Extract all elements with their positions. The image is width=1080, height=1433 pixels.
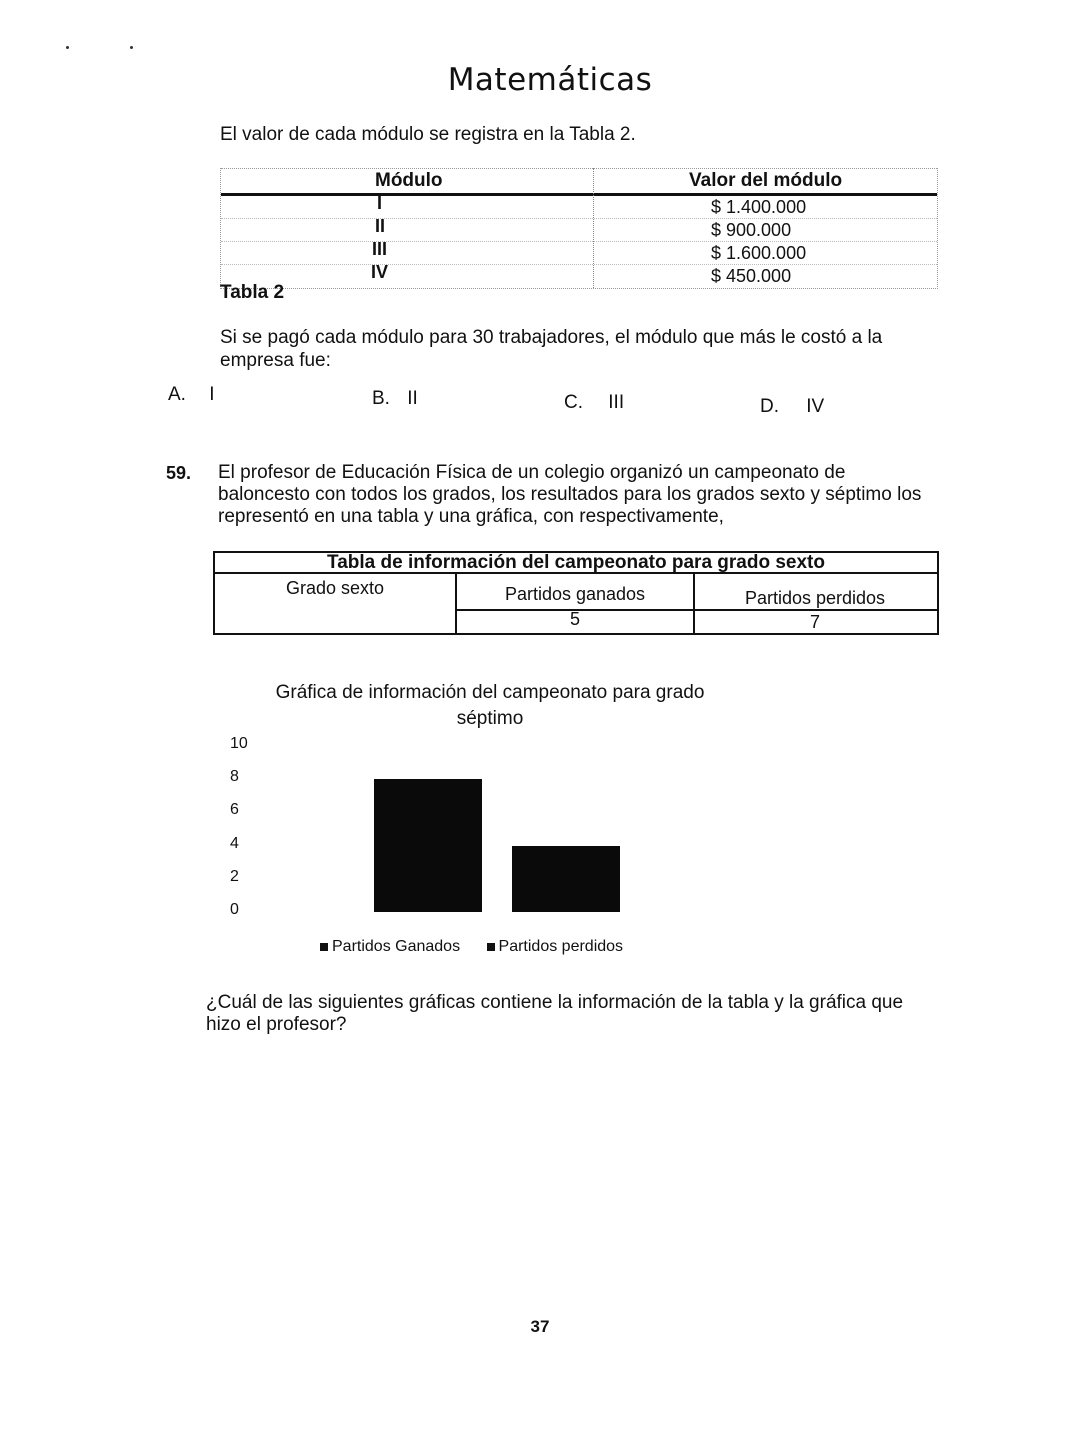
table-title: Tabla de información del campeonato para… bbox=[215, 553, 937, 574]
option-b[interactable]: B. II bbox=[372, 388, 418, 410]
valor-cell: $ 450.000 bbox=[711, 266, 791, 287]
y-tick-label: 4 bbox=[230, 835, 260, 853]
modulo-cell: III bbox=[372, 239, 387, 260]
bar-partidos-perdidos bbox=[512, 846, 620, 912]
table-row: IV $ 450.000 bbox=[221, 264, 937, 287]
question-59-prompt: ¿Cuál de las siguientes gráficas contien… bbox=[206, 992, 930, 1036]
legend-label: Partidos Ganados bbox=[332, 938, 460, 955]
modulo-cell: I bbox=[377, 193, 382, 214]
scan-speck bbox=[66, 46, 69, 49]
option-text: II bbox=[407, 388, 418, 409]
scan-speck bbox=[130, 46, 133, 49]
y-tick-label: 6 bbox=[230, 801, 260, 819]
table-caption: Tabla 2 bbox=[220, 282, 284, 304]
header-perdidos: Partidos perdidos bbox=[695, 588, 935, 609]
chart-legend: Partidos Ganados Partidos perdidos bbox=[320, 938, 645, 956]
tabla-grado-sexto: Tabla de información del campeonato para… bbox=[213, 551, 939, 635]
question-59-statement: El profesor de Educación Física de un co… bbox=[218, 462, 940, 528]
header-modulo: Módulo bbox=[375, 170, 443, 192]
option-letter: B. bbox=[372, 388, 390, 409]
legend-swatch-icon bbox=[320, 943, 328, 951]
table-row: II $ 900.000 bbox=[221, 218, 937, 242]
valor-cell: $ 1.600.000 bbox=[711, 243, 806, 264]
subject-title: Matemáticas bbox=[0, 62, 1080, 98]
header-ganados: Partidos ganados bbox=[457, 584, 693, 605]
valor-cell: $ 900.000 bbox=[711, 220, 791, 241]
option-a[interactable]: A. I bbox=[168, 384, 215, 406]
option-c[interactable]: C. III bbox=[564, 392, 624, 414]
option-text: I bbox=[209, 384, 214, 405]
table-row: III $ 1.600.000 bbox=[221, 241, 937, 265]
legend-swatch-icon bbox=[487, 943, 495, 951]
table-row: I $ 1.400.000 bbox=[221, 195, 937, 219]
tabla-2: Módulo Valor del módulo I $ 1.400.000 II… bbox=[220, 168, 938, 289]
option-letter: C. bbox=[564, 392, 583, 413]
row-label: Grado sexto bbox=[215, 578, 455, 599]
table-intro: El valor de cada módulo se registra en l… bbox=[220, 124, 636, 146]
value-perdidos: 7 bbox=[695, 612, 935, 633]
option-text: IV bbox=[806, 396, 824, 417]
tabla-2-header: Módulo Valor del módulo bbox=[221, 168, 937, 196]
y-tick-label: 8 bbox=[230, 768, 260, 786]
legend-label: Partidos perdidos bbox=[499, 938, 624, 955]
legend-item: Partidos perdidos bbox=[487, 938, 624, 956]
y-tick-label: 10 bbox=[230, 735, 260, 753]
modulo-cell: IV bbox=[371, 262, 388, 283]
header-valor: Valor del módulo bbox=[689, 170, 842, 192]
legend-item: Partidos Ganados bbox=[320, 938, 460, 956]
option-text: III bbox=[608, 392, 624, 413]
y-tick-label: 0 bbox=[230, 901, 260, 919]
option-letter: A. bbox=[168, 384, 186, 405]
option-d[interactable]: D. IV bbox=[760, 396, 824, 418]
question-58: Si se pagó cada módulo para 30 trabajado… bbox=[220, 326, 940, 372]
bar-chart: 0246810 bbox=[220, 730, 680, 930]
option-letter: D. bbox=[760, 396, 779, 417]
y-tick-label: 2 bbox=[230, 868, 260, 886]
question-number: 59. bbox=[166, 463, 191, 484]
valor-cell: $ 1.400.000 bbox=[711, 197, 806, 218]
page-number: 37 bbox=[0, 1317, 1080, 1337]
bar-partidos-ganados bbox=[374, 779, 482, 912]
chart-title: Gráfica de información del campeonato pa… bbox=[270, 680, 710, 732]
modulo-cell: II bbox=[375, 216, 385, 237]
value-ganados: 5 bbox=[457, 609, 693, 630]
